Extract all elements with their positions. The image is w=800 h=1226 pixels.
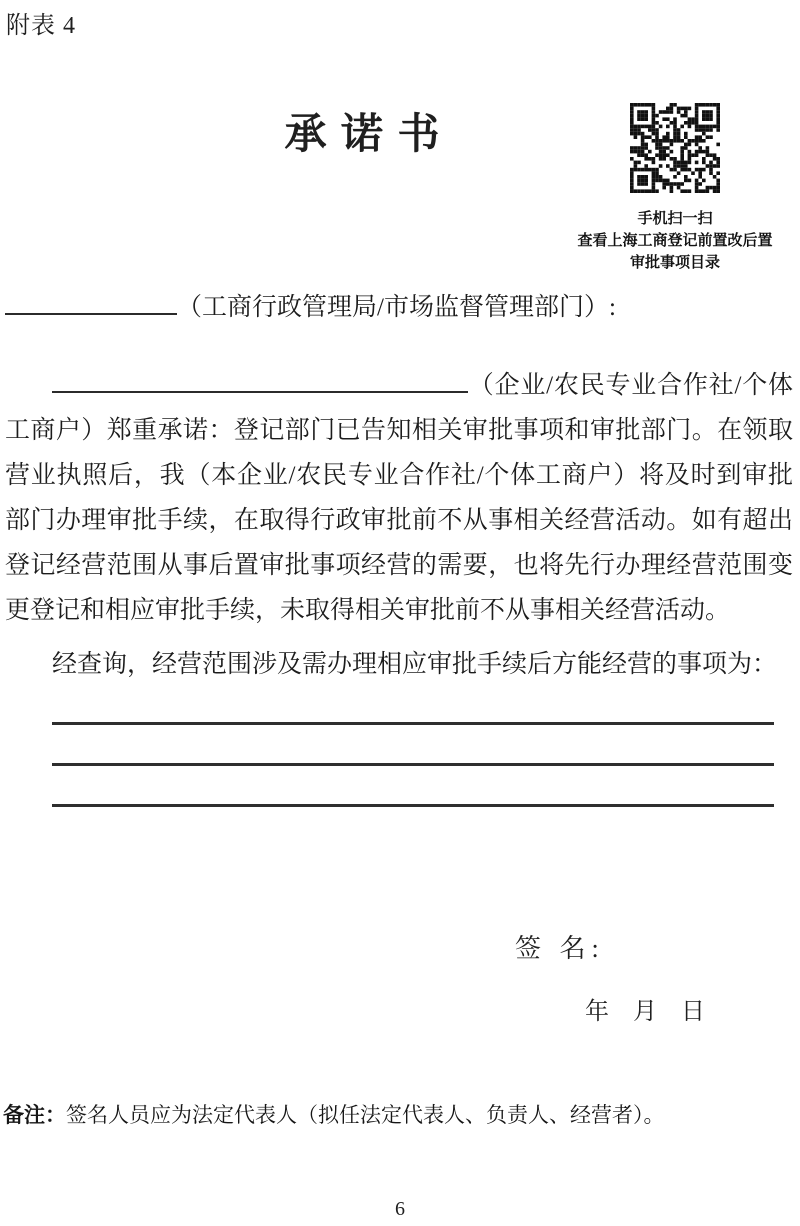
blank-line-3 [52, 804, 774, 807]
signature-label: 签 名: [515, 928, 605, 965]
declaration-text: （企业/农民专业合作社/个体工商户）郑重承诺：登记部门已告知相关审批事项和审批部… [5, 372, 793, 624]
recipient-blank-field [5, 289, 177, 315]
appendix-label: 附表 4 [6, 5, 76, 40]
qr-code-icon [630, 103, 720, 193]
blank-line-2 [52, 763, 774, 766]
note-label: 备注： [3, 1104, 66, 1127]
qr-caption: 手机扫一扫 查看上海工商登记前置改后置 审批事项目录 [567, 208, 783, 274]
qr-caption-line-2: 查看上海工商登记前置改后置 [567, 230, 783, 252]
date-label: 年 月 日 [585, 991, 705, 1026]
commitment-letter-page: 附表 4 承 诺 书 手机扫一扫 查看上海工商登记前置改后置 审批事项目录 （工… [0, 0, 800, 1226]
page-number: 6 [0, 1198, 800, 1221]
blank-line-1 [52, 722, 774, 725]
footer-note: 备注：签名人员应为法定代表人（拟任法定代表人、负责人、经营者）。 [3, 1100, 793, 1131]
declaration-paragraph: （企业/农民专业合作社/个体工商户）郑重承诺：登记部门已告知相关审批事项和审批部… [5, 363, 793, 633]
qr-caption-line-1: 手机扫一扫 [567, 208, 783, 230]
recipient-line: （工商行政管理局/市场监督管理部门）: [5, 285, 793, 330]
qr-caption-line-3: 审批事项目录 [567, 252, 783, 274]
recipient-suffix-text: （工商行政管理局/市场监督管理部门）: [177, 294, 616, 321]
declarer-name-blank-field [52, 367, 468, 393]
note-text: 签名人员应为法定代表人（拟任法定代表人、负责人、经营者）。 [66, 1103, 665, 1127]
page-title: 承 诺 书 [0, 110, 726, 160]
query-result-line: 经查询，经营范围涉及需办理相应审批手续后方能经营的事项为： [5, 642, 793, 687]
